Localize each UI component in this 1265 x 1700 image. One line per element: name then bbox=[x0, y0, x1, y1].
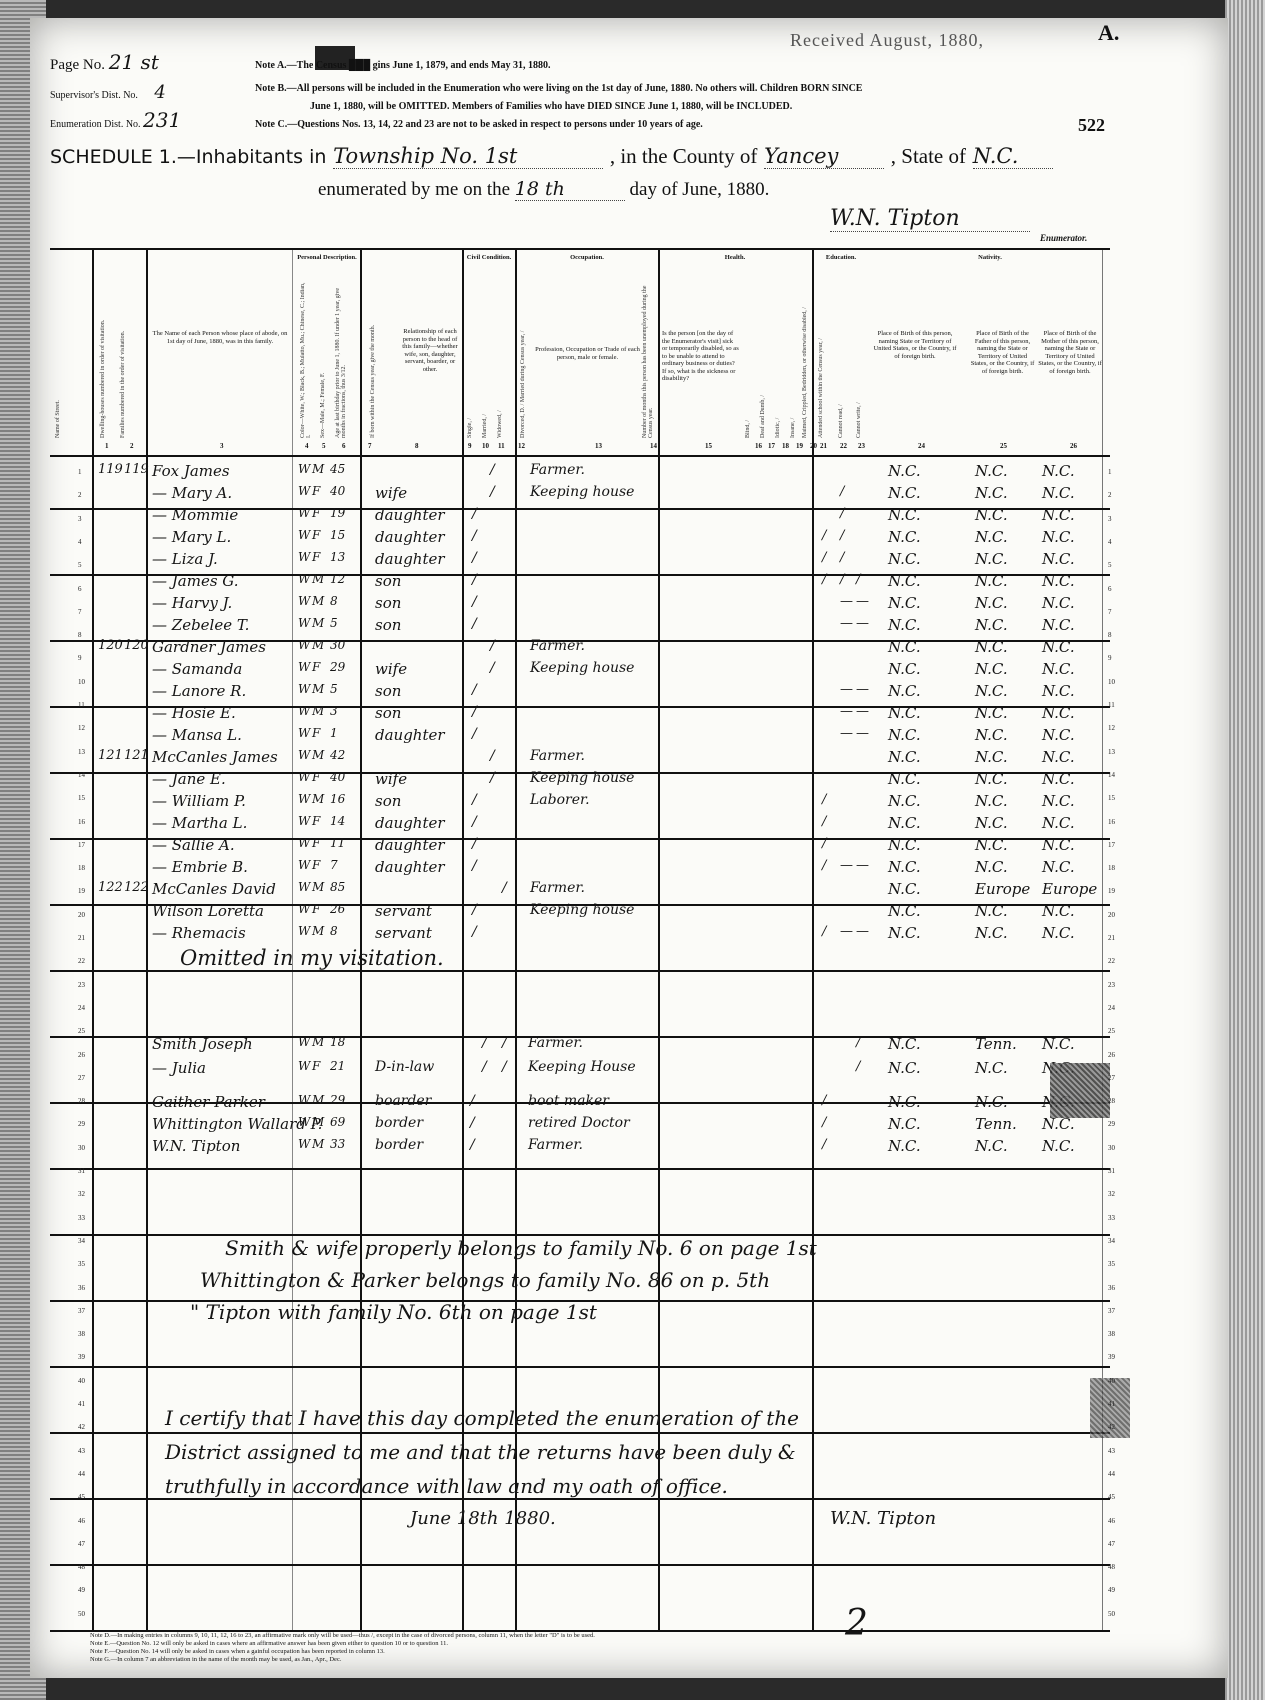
cell-relation: daughter bbox=[375, 528, 445, 546]
cell-sex: F bbox=[312, 770, 320, 784]
table-row: — Mary A.WF40wife/Keeping house/N.C.N.C.… bbox=[30, 483, 1110, 505]
cell-color: W bbox=[298, 594, 310, 608]
line-number: 4 bbox=[1108, 538, 1112, 546]
cell-single: / bbox=[472, 528, 477, 544]
cell-father: N.C. bbox=[975, 616, 1008, 634]
cell-age: 11 bbox=[330, 836, 345, 850]
certification-date: June 18th 1880. bbox=[410, 1508, 556, 1529]
cell-occupation: Keeping house bbox=[530, 484, 634, 500]
line-number: 26 bbox=[78, 1051, 85, 1059]
cell-sex: F bbox=[312, 660, 320, 674]
col-num-1: 1 bbox=[105, 442, 109, 450]
cell-school: / bbox=[822, 836, 826, 851]
col-num-8: 8 bbox=[415, 442, 419, 450]
col-num-5: 5 bbox=[322, 442, 326, 450]
cell-mother: N.C. bbox=[1042, 814, 1075, 832]
cell-father: Europe bbox=[975, 880, 1030, 898]
cell-school: / bbox=[822, 528, 826, 543]
table-row: — James G.WM12son////N.C.N.C.N.C. bbox=[30, 571, 1110, 593]
cell-color: W bbox=[298, 1137, 310, 1151]
col13-label: Profession, Occupation or Trade of each … bbox=[535, 346, 640, 361]
state-label: , State of bbox=[891, 144, 966, 168]
cell-write: — bbox=[856, 726, 869, 741]
cell-father: N.C. bbox=[975, 836, 1008, 854]
remark-line-3: " Tipton with family No. 6th on page 1st bbox=[190, 1300, 597, 1324]
line-number: 42 bbox=[1108, 1423, 1115, 1431]
col18-label: Idiotic, / bbox=[775, 398, 781, 438]
line-number: 12 bbox=[78, 724, 85, 732]
cell-school: / bbox=[822, 1093, 826, 1108]
cell-widowed: / bbox=[502, 880, 507, 896]
page-no-value: 21 st bbox=[109, 50, 159, 74]
table-row: — MommieWF19daughter//N.C.N.C.N.C. bbox=[30, 505, 1110, 527]
line-number: 9 bbox=[1108, 654, 1112, 662]
cell-color: W bbox=[298, 660, 310, 674]
cell-sex: F bbox=[312, 550, 320, 564]
cell-father: N.C. bbox=[975, 924, 1008, 942]
cell-read: / bbox=[840, 572, 844, 587]
cell-age: 19 bbox=[330, 506, 345, 520]
col-num-20: 20 bbox=[810, 442, 817, 450]
cell-single: / bbox=[472, 682, 477, 698]
cell-read: — bbox=[840, 858, 853, 873]
supervisor-label: Supervisor's Dist. No. bbox=[50, 90, 138, 101]
table-row: — Hosie E.WM3son/——N.C.N.C.N.C. bbox=[30, 703, 1110, 725]
cell-read: / bbox=[840, 528, 844, 543]
cell-name: — Mansa L. bbox=[152, 726, 242, 744]
line-number: 17 bbox=[78, 841, 85, 849]
cell-occupation: Keeping house bbox=[530, 770, 634, 786]
cell-relation: wife bbox=[375, 660, 407, 678]
line-number: 21 bbox=[1108, 934, 1115, 942]
col24-label: Place of Birth of this person, naming St… bbox=[872, 330, 958, 360]
group-rule bbox=[50, 1498, 1110, 1500]
line-number: 48 bbox=[1108, 1563, 1115, 1571]
state-value: N.C. bbox=[973, 144, 1053, 169]
group-occupation: Occupation. bbox=[517, 254, 657, 262]
cell-father: N.C. bbox=[975, 1093, 1008, 1111]
col-num-3: 3 bbox=[220, 442, 224, 450]
table-row: — SamandaWF29wife/Keeping houseN.C.N.C.N… bbox=[30, 659, 1110, 681]
line-number: 1 bbox=[78, 468, 82, 476]
cell-age: 15 bbox=[330, 528, 345, 542]
line-number: 7 bbox=[1108, 608, 1112, 616]
cell-dwelling: 122 bbox=[98, 880, 123, 895]
line-number: 1 bbox=[1108, 468, 1112, 476]
cell-mother: N.C. bbox=[1042, 924, 1075, 942]
cell-father: N.C. bbox=[975, 1059, 1008, 1077]
certification-line-1: I certify that I have this day completed… bbox=[165, 1406, 799, 1430]
line-number: 26 bbox=[1108, 1051, 1115, 1059]
cell-mother: N.C. bbox=[1042, 1137, 1075, 1155]
day-suffix: day of June, 1880. bbox=[630, 179, 770, 200]
cell-relation: son bbox=[375, 682, 401, 700]
line-number: 25 bbox=[78, 1027, 85, 1035]
line-number: 23 bbox=[78, 981, 85, 989]
note-b-line1: Note B.—All persons will be included in … bbox=[255, 83, 862, 94]
line-number: 24 bbox=[78, 1004, 85, 1012]
day-value: 18 th bbox=[515, 178, 625, 201]
cell-read: — bbox=[840, 682, 853, 697]
line-number: 32 bbox=[78, 1190, 85, 1198]
cell-color: W bbox=[298, 484, 310, 498]
cell-age: 30 bbox=[330, 638, 345, 652]
cell-read: — bbox=[840, 726, 853, 741]
col10-label: Married, / bbox=[482, 398, 488, 438]
cell-married: / bbox=[490, 462, 495, 478]
line-number: 41 bbox=[1108, 1400, 1115, 1408]
cell-birth: N.C. bbox=[888, 770, 921, 788]
page-no: Page No. 21 st bbox=[50, 50, 159, 74]
cell-name: — Mary A. bbox=[152, 484, 232, 502]
cell-read: — bbox=[840, 594, 853, 609]
cell-color: W bbox=[298, 638, 310, 652]
enumerator-label: Enumerator. bbox=[1040, 233, 1087, 243]
col-num-13: 13 bbox=[595, 442, 602, 450]
cell-birth: N.C. bbox=[888, 594, 921, 612]
cell-birth: N.C. bbox=[888, 836, 921, 854]
cell-mother: N.C. bbox=[1042, 462, 1075, 480]
cell-color: W bbox=[298, 902, 310, 916]
line-number: 18 bbox=[1108, 864, 1115, 872]
col-num-26: 26 bbox=[1070, 442, 1077, 450]
cell-name: — Zebelee T. bbox=[152, 616, 249, 634]
cell-occupation: Farmer. bbox=[528, 1035, 583, 1051]
cell-school: / bbox=[822, 550, 826, 565]
footnote-d: Note D.—In making entries in columns 9, … bbox=[90, 1632, 595, 1640]
cell-birth: N.C. bbox=[888, 616, 921, 634]
enumerator-signature: W.N. Tipton bbox=[830, 206, 1030, 232]
cell-sex: M bbox=[312, 1093, 324, 1107]
line-number: 19 bbox=[1108, 887, 1115, 895]
cell-mother: Europe bbox=[1042, 880, 1097, 898]
certification-signature: W.N. Tipton bbox=[830, 1508, 936, 1529]
col6-label: Age at last birthday prior to June 1, 18… bbox=[335, 278, 347, 438]
cell-sex: M bbox=[312, 792, 324, 806]
cell-color: W bbox=[298, 1035, 310, 1049]
cell-married_year: / bbox=[502, 1035, 507, 1051]
cell-name: Gaither Parker bbox=[152, 1093, 265, 1111]
footnote-e: Note E.—Question No. 12 will only be ask… bbox=[90, 1640, 595, 1648]
col16-label: Blind, / bbox=[745, 398, 751, 438]
cell-sex: F bbox=[312, 858, 320, 872]
col2-label: Families numbered in the order of visita… bbox=[120, 318, 126, 438]
col21-label: Attended school within the Census year, … bbox=[818, 318, 824, 438]
cell-sex: M bbox=[312, 462, 324, 476]
cell-age: 5 bbox=[330, 616, 338, 630]
line-number: 14 bbox=[1108, 771, 1115, 779]
col23-label: Cannot write, / bbox=[856, 398, 862, 438]
group-rule bbox=[50, 1168, 1110, 1170]
cell-birth: N.C. bbox=[888, 484, 921, 502]
col9-label: Single, / bbox=[467, 398, 473, 438]
col15-label: Is the person [on the day of the Enumera… bbox=[662, 330, 740, 383]
table-row: 120120Gardner JamesWM30/Farmer.N.C.N.C.N… bbox=[30, 637, 1110, 659]
cell-married: / bbox=[482, 1035, 487, 1051]
cell-birth: N.C. bbox=[888, 1115, 921, 1133]
col20-label: Maimed, Crippled, Bedridden, or otherwis… bbox=[802, 288, 808, 438]
cell-single: / bbox=[472, 704, 477, 720]
cell-father: N.C. bbox=[975, 770, 1008, 788]
group-rule bbox=[50, 1564, 1110, 1566]
line-number: 5 bbox=[1108, 561, 1112, 569]
cell-sex: M bbox=[312, 616, 324, 630]
cell-name: — Rhemacis bbox=[152, 924, 246, 942]
cell-sex: M bbox=[312, 924, 324, 938]
table-row: — Lanore R.WM5son/——N.C.N.C.N.C. bbox=[30, 681, 1110, 703]
cell-birth: N.C. bbox=[888, 638, 921, 656]
line-number: 50 bbox=[78, 1610, 85, 1618]
cell-read: / bbox=[840, 484, 844, 499]
cell-color: W bbox=[298, 1115, 310, 1129]
cell-father: Tenn. bbox=[975, 1035, 1017, 1053]
group-personal: Personal Description. bbox=[295, 254, 359, 262]
certification-line-2: District assigned to me and that the ret… bbox=[165, 1440, 796, 1464]
cell-read: / bbox=[840, 506, 844, 521]
column-number-row: 1 2 3 4 5 6 7 8 9 10 11 12 13 14 15 16 1… bbox=[50, 442, 1110, 454]
table-row: — Sallie A.WF11daughter//N.C.N.C.N.C. bbox=[30, 835, 1110, 857]
col-num-24: 24 bbox=[918, 442, 925, 450]
cell-occupation: boot maker bbox=[528, 1093, 609, 1109]
cell-color: W bbox=[298, 924, 310, 938]
line-number: 21 bbox=[78, 934, 85, 942]
cell-relation: son bbox=[375, 572, 401, 590]
cell-write: — bbox=[856, 682, 869, 697]
cell-relation: servant bbox=[375, 924, 432, 942]
scan-edge-right bbox=[1225, 0, 1265, 1700]
cell-relation: son bbox=[375, 594, 401, 612]
cell-father: N.C. bbox=[975, 506, 1008, 524]
remark-line-1: Smith & wife properly belongs to family … bbox=[225, 1236, 817, 1260]
group-rule bbox=[50, 1366, 1110, 1368]
line-number: 46 bbox=[1108, 1517, 1115, 1525]
col22-label: Cannot read, / bbox=[838, 398, 844, 438]
cell-name: — Hosie E. bbox=[152, 704, 236, 722]
cell-father: N.C. bbox=[975, 550, 1008, 568]
cell-occupation: Keeping house bbox=[530, 660, 634, 676]
cell-occupation: Farmer. bbox=[530, 638, 585, 654]
line-number: 7 bbox=[78, 608, 82, 616]
cell-mother: N.C. bbox=[1042, 726, 1075, 744]
line-number: 43 bbox=[1108, 1447, 1115, 1455]
cell-age: 40 bbox=[330, 770, 345, 784]
group-education: Education. bbox=[816, 254, 866, 262]
cell-mother: N.C. bbox=[1042, 550, 1075, 568]
cell-sex: M bbox=[312, 572, 324, 586]
omitted-row: Gaither ParkerWM29boarder/boot maker/N.C… bbox=[30, 1092, 1110, 1114]
line-number: 6 bbox=[1108, 585, 1112, 593]
line-number: 10 bbox=[1108, 678, 1115, 686]
cell-school: / bbox=[822, 1137, 826, 1152]
cell-age: 8 bbox=[330, 594, 338, 608]
cell-color: W bbox=[298, 748, 310, 762]
line-number: 40 bbox=[78, 1377, 85, 1385]
cell-relation: son bbox=[375, 616, 401, 634]
note-b-line2: June 1, 1880, will be OMITTED. Members o… bbox=[310, 101, 792, 112]
cell-mother: N.C. bbox=[1042, 1035, 1075, 1053]
cell-birth: N.C. bbox=[888, 748, 921, 766]
cell-relation: son bbox=[375, 704, 401, 722]
cell-dwelling: 121 bbox=[98, 748, 123, 763]
table-row: — Mary L.WF15daughter///N.C.N.C.N.C. bbox=[30, 527, 1110, 549]
table-row: 119119Fox JamesWM45/Farmer.N.C.N.C.N.C. bbox=[30, 461, 1110, 483]
cell-age: 40 bbox=[330, 484, 345, 498]
table-top-rule bbox=[50, 248, 1110, 250]
cell-age: 29 bbox=[330, 1093, 345, 1107]
table-row: — Jane E.WF40wife/Keeping houseN.C.N.C.N… bbox=[30, 769, 1110, 791]
cell-name: — Sallie A. bbox=[152, 836, 235, 854]
line-number: 24 bbox=[1108, 1004, 1115, 1012]
col8-label: Relationship of each person to the head … bbox=[400, 328, 460, 373]
cell-mother: N.C. bbox=[1042, 484, 1075, 502]
line-number: 37 bbox=[78, 1307, 85, 1315]
table-row: — Embrie B.WF7daughter//——N.C.N.C.N.C. bbox=[30, 857, 1110, 879]
cell-relation: D-in-law bbox=[375, 1059, 434, 1075]
line-number: 44 bbox=[78, 1470, 85, 1478]
cell-occupation: Farmer. bbox=[530, 880, 585, 896]
cell-father: N.C. bbox=[975, 1137, 1008, 1155]
enumeration-label: Enumeration Dist. No. bbox=[50, 119, 141, 130]
col7-label: If born within the Census year, give the… bbox=[370, 308, 376, 438]
col5-label: Sex—Male, M.; Female, F. bbox=[320, 358, 326, 438]
line-number: 39 bbox=[1108, 1353, 1115, 1361]
line-number: 41 bbox=[78, 1400, 85, 1408]
table-row: — Liza J.WF13daughter///N.C.N.C.N.C. bbox=[30, 549, 1110, 571]
line-number: 3 bbox=[78, 515, 82, 523]
cell-father: N.C. bbox=[975, 660, 1008, 678]
cell-married: / bbox=[490, 484, 495, 500]
cell-occupation: retired Doctor bbox=[528, 1115, 630, 1131]
table-row: — RhemacisWM8servant//——N.C.N.C.N.C. bbox=[30, 923, 1110, 945]
cell-mother: N.C. bbox=[1042, 528, 1075, 546]
cell-birth: N.C. bbox=[888, 1059, 921, 1077]
cell-father: Tenn. bbox=[975, 1115, 1017, 1133]
line-number: 36 bbox=[1108, 1284, 1115, 1292]
cell-birth: N.C. bbox=[888, 792, 921, 810]
cell-birth: N.C. bbox=[888, 814, 921, 832]
corner-letter: A. bbox=[1098, 20, 1119, 46]
cell-sex: M bbox=[312, 880, 324, 894]
line-number: 3 bbox=[1108, 515, 1112, 523]
cell-write: / bbox=[856, 572, 860, 587]
footnote-g: Note G.—In column 7 an abbreviation in t… bbox=[90, 1656, 595, 1664]
line-number: 15 bbox=[78, 794, 85, 802]
note-c: Note C.—Questions Nos. 13, 14, 22 and 23… bbox=[255, 119, 703, 130]
cell-mother: N.C. bbox=[1042, 836, 1075, 854]
col-num-16: 16 bbox=[755, 442, 762, 450]
county-label: , in the County of bbox=[610, 144, 758, 168]
cell-married: / bbox=[490, 660, 495, 676]
col4-label: Color—White, W.; Black, B.; Mulatto, Mu.… bbox=[300, 278, 312, 438]
cell-father: N.C. bbox=[975, 594, 1008, 612]
line-number: 46 bbox=[78, 1517, 85, 1525]
cell-father: N.C. bbox=[975, 748, 1008, 766]
line-number: 31 bbox=[1108, 1167, 1115, 1175]
cell-name: — Jane E. bbox=[152, 770, 226, 788]
cell-sex: F bbox=[312, 506, 320, 520]
line-number: 30 bbox=[78, 1144, 85, 1152]
line-number: 5 bbox=[78, 561, 82, 569]
cell-occupation: Farmer. bbox=[530, 462, 585, 478]
col-num-7: 7 bbox=[368, 442, 372, 450]
col3-label: The Name of each Person whose place of a… bbox=[150, 330, 290, 345]
cell-name: McCanles James bbox=[152, 748, 278, 766]
cell-father: N.C. bbox=[975, 572, 1008, 590]
line-number: 44 bbox=[1108, 1470, 1115, 1478]
line-number: 25 bbox=[1108, 1027, 1115, 1035]
line-number: 17 bbox=[1108, 841, 1115, 849]
line-number: 45 bbox=[1108, 1493, 1115, 1501]
cell-read: / bbox=[840, 550, 844, 565]
line-number: 27 bbox=[78, 1074, 85, 1082]
line-number: 27 bbox=[1108, 1074, 1115, 1082]
cell-single: / bbox=[472, 836, 477, 852]
cell-single: / bbox=[472, 572, 477, 588]
cell-sex: M bbox=[312, 682, 324, 696]
cell-mother: N.C. bbox=[1042, 770, 1075, 788]
col-num-2: 2 bbox=[130, 442, 134, 450]
cell-father: N.C. bbox=[975, 462, 1008, 480]
cell-family: 120 bbox=[124, 638, 149, 653]
omitted-row: W.N. TiptonWM33border/Farmer./N.C.N.C.N.… bbox=[30, 1136, 1110, 1158]
cell-birth: N.C. bbox=[888, 550, 921, 568]
cell-mother: N.C. bbox=[1042, 792, 1075, 810]
line-number: 12 bbox=[1108, 724, 1115, 732]
line-number: 23 bbox=[1108, 981, 1115, 989]
cell-name: — Martha L. bbox=[152, 814, 247, 832]
cell-color: W bbox=[298, 462, 310, 476]
cell-father: N.C. bbox=[975, 704, 1008, 722]
cell-mother: N.C. bbox=[1042, 660, 1075, 678]
cell-relation: boarder bbox=[375, 1093, 431, 1109]
cell-name: McCanles David bbox=[152, 880, 276, 898]
group-nativity: Nativity. bbox=[900, 254, 1080, 262]
line-number: 18 bbox=[78, 864, 85, 872]
line-number: 49 bbox=[78, 1586, 85, 1594]
line-number: 36 bbox=[78, 1284, 85, 1292]
cell-school: / bbox=[822, 858, 826, 873]
cell-name: — William P. bbox=[152, 792, 246, 810]
cell-family: 121 bbox=[124, 748, 149, 763]
cell-name: — Mommie bbox=[152, 506, 238, 524]
cell-name: — Liza J. bbox=[152, 550, 218, 568]
line-number: 38 bbox=[78, 1330, 85, 1338]
cell-name: — James G. bbox=[152, 572, 239, 590]
cell-color: W bbox=[298, 528, 310, 542]
cell-color: W bbox=[298, 858, 310, 872]
cell-sex: F bbox=[312, 1059, 320, 1073]
enumerated-label: enumerated by me on the bbox=[318, 179, 510, 200]
cell-single: / bbox=[472, 506, 477, 522]
line-number: 35 bbox=[1108, 1260, 1115, 1268]
header-bottom-rule bbox=[50, 455, 1110, 457]
col11-label: Widowed, / bbox=[497, 398, 503, 438]
col-num-9: 9 bbox=[468, 442, 472, 450]
cell-birth: N.C. bbox=[888, 1093, 921, 1111]
cell-school: / bbox=[822, 1115, 826, 1130]
cell-read: / bbox=[856, 1059, 860, 1074]
cell-birth: N.C. bbox=[888, 858, 921, 876]
cell-sex: M bbox=[312, 1115, 324, 1129]
group-health: Health. bbox=[660, 254, 810, 262]
line-number: 30 bbox=[1108, 1144, 1115, 1152]
cell-birth: N.C. bbox=[888, 902, 921, 920]
col19-label: Insane, / bbox=[790, 398, 796, 438]
cell-name: — Lanore R. bbox=[152, 682, 246, 700]
cell-age: 16 bbox=[330, 792, 345, 806]
group-rule bbox=[50, 1432, 1110, 1434]
col17-label: Deaf and Dumb, / bbox=[760, 378, 766, 438]
